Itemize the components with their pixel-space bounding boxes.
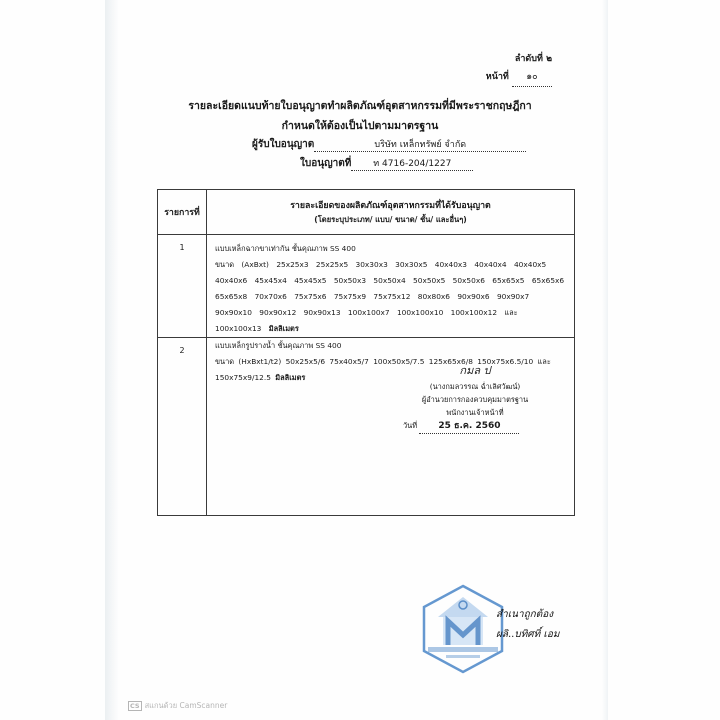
column-header-details: รายละเอียดของผลิตภัณฑ์อุตสาหกรรมที่ได้รั… — [207, 190, 575, 235]
item-sizes: ขนาด (AxBxt) 25x25x3 25x25x5 30x30x3 30x… — [215, 257, 568, 337]
signatory-position: ผู้อำนวยการกองควบคุมมาตรฐาน — [395, 393, 555, 406]
sequence-label: ลำดับที่ — [515, 54, 543, 64]
signature-scribble: กมล ป — [395, 364, 555, 380]
and-label: และ — [504, 308, 517, 317]
licensee-value: บริษัท เหล็กทรัพย์ จำกัด — [314, 137, 526, 152]
unit-label: มิลลิเมตร — [269, 324, 299, 333]
details-subheader-text: (โดยระบุประเภท/ แบบ/ ขนาด/ ชั้น/ และอื่น… — [208, 214, 573, 226]
scan-edge-right — [602, 0, 608, 720]
date-row: วันที่ 25 ธ.ค. 2560 — [395, 419, 555, 434]
unit-label: มิลลิเมตร — [275, 373, 305, 382]
document-title: รายละเอียดแนบท้ายใบอนุญาตทำผลิตภัณฑ์อุตส… — [150, 96, 570, 136]
official-stamp-icon — [418, 583, 508, 675]
size-label: ขนาด (AxBxt) — [215, 260, 269, 269]
item-title: แบบเหล็กฉากขาเท่ากัน ชั้นคุณภาพ SS 400 — [215, 241, 568, 257]
document-header: ลำดับที่ ๒ หน้าที่ ๑๐ — [486, 50, 552, 87]
details-header-text: รายละเอียดของผลิตภัณฑ์อุตสาหกรรมที่ได้รั… — [290, 201, 491, 211]
license-number-label: ใบอนุญาตที่ — [300, 158, 351, 169]
item-number: 1 — [158, 235, 207, 338]
license-number-field: ใบอนุญาตที่ท 4716-204/1227 — [300, 156, 473, 171]
handwritten-certification: สำเนาถูกต้อง ผลิ..บทิศทิ์ เอม — [496, 605, 559, 645]
item-detail: แบบเหล็กฉากขาเท่ากัน ชั้นคุณภาพ SS 400 ข… — [207, 235, 575, 338]
signatory-name: (นางกมลวรรณ ฉ่ำเลิศวัฒน์) — [395, 380, 555, 393]
column-header-item-no: รายการที่ — [158, 190, 207, 235]
camscanner-watermark: CS สแกนด้วย CamScanner — [128, 700, 227, 712]
signatory-role: พนักงานเจ้าหน้าที่ — [395, 406, 555, 419]
document-page: ลำดับที่ ๒ หน้าที่ ๑๐ รายละเอียดแนบท้ายใ… — [0, 0, 720, 720]
certification-line-2: ผลิ..บทิศทิ์ เอม — [496, 625, 559, 645]
last-size: 150x75x9/12.5 — [215, 373, 271, 382]
date-value: 25 ธ.ค. 2560 — [419, 420, 519, 434]
page-value: ๑๐ — [512, 68, 552, 87]
page-label: หน้าที่ — [486, 72, 509, 82]
product-details-table: รายการที่ รายละเอียดของผลิตภัณฑ์อุตสาหกร… — [157, 189, 575, 516]
certification-line-1: สำเนาถูกต้อง — [496, 605, 559, 625]
sequence-row: ลำดับที่ ๒ — [486, 50, 552, 68]
table-header-row: รายการที่ รายละเอียดของผลิตภัณฑ์อุตสาหกร… — [158, 190, 575, 235]
title-line-2: กำหนดให้ต้องเป็นไปตามมาตรฐาน — [150, 116, 570, 136]
sequence-value: ๒ — [546, 54, 552, 64]
item-title: แบบเหล็กรูปรางน้ำ ชั้นคุณภาพ SS 400 — [215, 338, 568, 354]
licensee-label: ผู้รับใบอนุญาต — [252, 139, 314, 150]
page-row: หน้าที่ ๑๐ — [486, 68, 552, 87]
license-number-value: ท 4716-204/1227 — [351, 156, 473, 171]
last-size: 100x100x13 — [215, 324, 261, 333]
scan-edge-left — [105, 0, 119, 720]
item-number: 2 — [158, 338, 207, 516]
camscanner-logo-icon: CS — [128, 701, 142, 711]
signature-block: กมล ป (นางกมลวรรณ ฉ่ำเลิศวัฒน์) ผู้อำนวย… — [395, 364, 555, 434]
date-label: วันที่ — [403, 421, 417, 430]
watermark-text: สแกนด้วย CamScanner — [145, 700, 228, 712]
size-label: ขนาด (HxBxt1/t2) — [215, 357, 281, 366]
title-line-1: รายละเอียดแนบท้ายใบอนุญาตทำผลิตภัณฑ์อุตส… — [150, 96, 570, 116]
licensee-field: ผู้รับใบอนุญาตบริษัท เหล็กทรัพย์ จำกัด — [252, 137, 526, 152]
table-row: 1 แบบเหล็กฉากขาเท่ากัน ชั้นคุณภาพ SS 400… — [158, 235, 575, 338]
